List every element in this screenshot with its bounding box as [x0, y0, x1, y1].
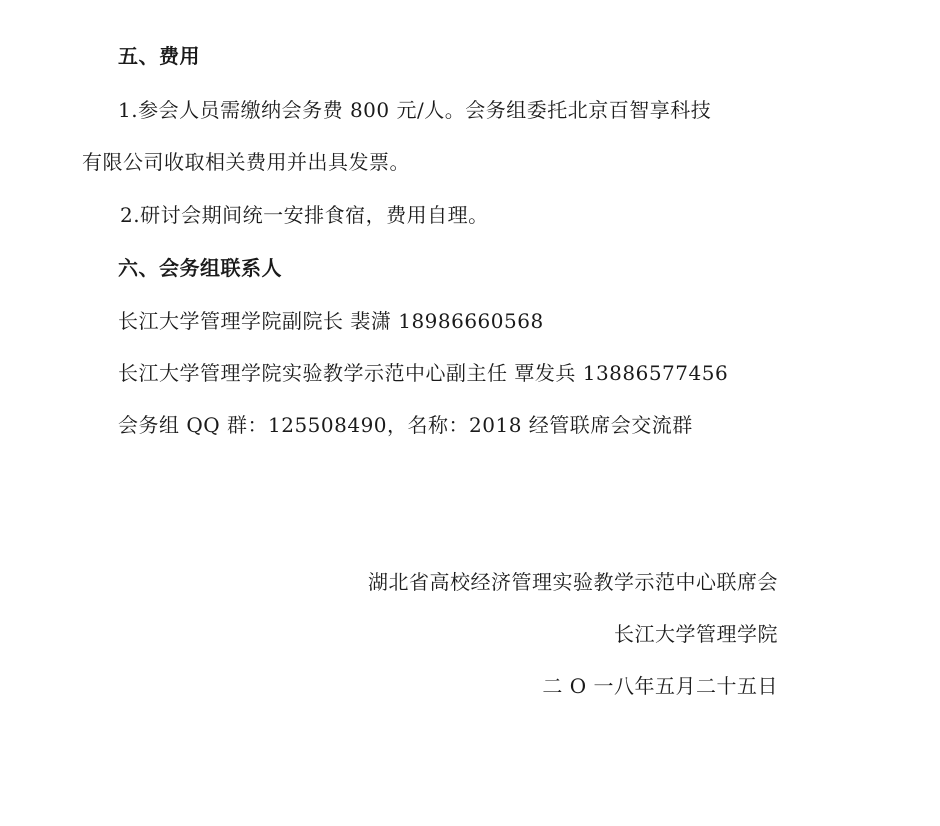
fee-item-1-line-1: 1.参会人员需缴纳会务费 800 元/人。会务组委托北京百智享科技	[118, 96, 711, 124]
section-heading-contacts: 六、会务组联系人	[118, 254, 282, 282]
fee-item-1-line-2: 有限公司收取相关费用并出具发票。	[82, 148, 410, 176]
signature-org-1: 湖北省高校经济管理实验教学示范中心联席会	[368, 568, 778, 596]
signature-date: 二 O 一八年五月二十五日	[542, 672, 778, 700]
signature-org-2: 长江大学管理学院	[614, 620, 778, 648]
section-heading-fees: 五、费用	[118, 42, 200, 70]
qq-group-line: 会务组 QQ 群：125508490，名称：2018 经管联席会交流群	[118, 411, 693, 439]
contact-line-1: 长江大学管理学院副院长 裴潇 18986660568	[118, 307, 544, 335]
contact-line-2: 长江大学管理学院实验教学示范中心副主任 覃发兵 13886577456	[118, 359, 728, 387]
fee-item-2: 2.研讨会期间统一安排食宿，费用自理。	[120, 201, 489, 229]
